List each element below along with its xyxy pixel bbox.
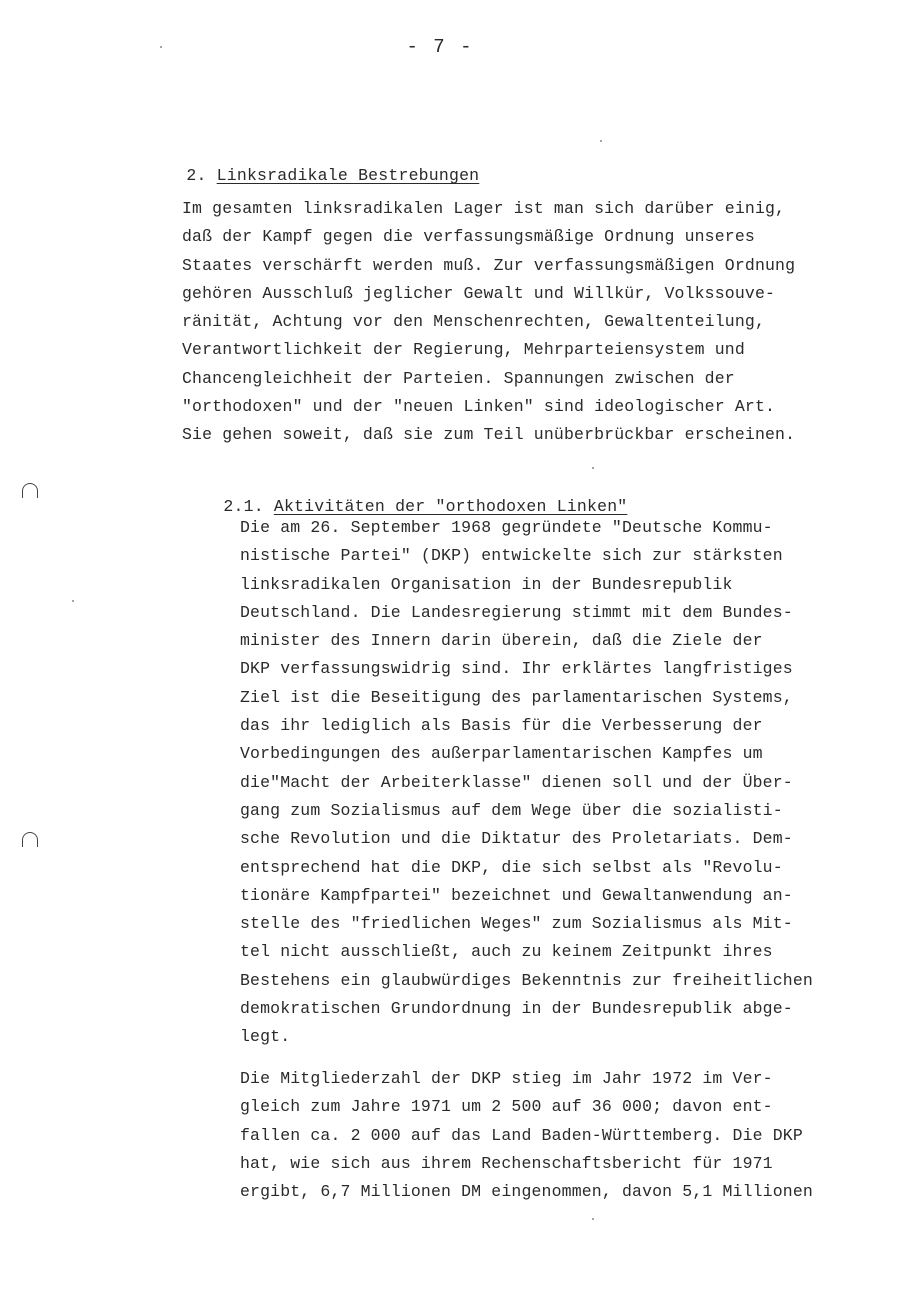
text-line: stelle des "friedlichen Weges" zum Sozia…	[240, 910, 813, 938]
section-number: 2.	[186, 166, 206, 185]
section-2-paragraph: Im gesamten linksradikalen Lager ist man…	[182, 195, 795, 450]
section-title: Linksradikale Bestrebungen	[217, 166, 480, 185]
text-line: nistische Partei" (DKP) entwickelte sich…	[240, 542, 813, 570]
text-line: Ziel ist die Beseitigung des parlamentar…	[240, 684, 813, 712]
text-line: sche Revolution und die Diktatur des Pro…	[240, 825, 813, 853]
text-line: Vorbedingungen des außerparlamentarische…	[240, 740, 813, 768]
scan-speck	[592, 467, 594, 469]
scan-speck	[592, 1218, 594, 1220]
text-line: DKP verfassungswidrig sind. Ihr erklärte…	[240, 655, 813, 683]
punch-hole-mark	[22, 832, 38, 847]
text-line: die"Macht der Arbeiterklasse" dienen sol…	[240, 769, 813, 797]
text-line: "orthodoxen" und der "neuen Linken" sind…	[182, 393, 795, 421]
text-line: Sie gehen soweit, daß sie zum Teil unübe…	[182, 421, 795, 449]
text-line: ränität, Achtung vor den Menschenrechten…	[182, 308, 795, 336]
text-line: Im gesamten linksradikalen Lager ist man…	[182, 195, 795, 223]
scan-speck	[160, 46, 162, 48]
text-line: Staates verschärft werden muß. Zur verfa…	[182, 252, 795, 280]
section-2-1-paragraph-2: Die Mitgliederzahl der DKP stieg im Jahr…	[240, 1065, 813, 1206]
text-line: gehören Ausschluß jeglicher Gewalt und W…	[182, 280, 795, 308]
text-line: tel nicht ausschließt, auch zu keinem Ze…	[240, 938, 813, 966]
text-line: gleich zum Jahre 1971 um 2 500 auf 36 00…	[240, 1093, 813, 1121]
text-line: tionäre Kampfpartei" bezeichnet und Gewa…	[240, 882, 813, 910]
scan-speck	[600, 140, 602, 142]
text-line: Verantwortlichkeit der Regierung, Mehrpa…	[182, 336, 795, 364]
scan-speck	[72, 600, 74, 602]
text-line: demokratischen Grundordnung in der Bunde…	[240, 995, 813, 1023]
text-line: legt.	[240, 1023, 813, 1051]
text-line: ergibt, 6,7 Millionen DM eingenommen, da…	[240, 1178, 813, 1206]
punch-hole-mark	[22, 483, 38, 498]
text-line: Die Mitgliederzahl der DKP stieg im Jahr…	[240, 1065, 813, 1093]
page-number: - 7 -	[0, 36, 880, 58]
text-line: Die am 26. September 1968 gegründete "De…	[240, 514, 813, 542]
text-line: linksradikalen Organisation in der Bunde…	[240, 571, 813, 599]
text-line: hat, wie sich aus ihrem Rechenschaftsber…	[240, 1150, 813, 1178]
text-line: minister des Innern darin überein, daß d…	[240, 627, 813, 655]
text-line: Deutschland. Die Landesregierung stimmt …	[240, 599, 813, 627]
text-line: Bestehens ein glaubwürdiges Bekenntnis z…	[240, 967, 813, 995]
text-line: daß der Kampf gegen die verfassungsmäßig…	[182, 223, 795, 251]
text-line: fallen ca. 2 000 auf das Land Baden-Würt…	[240, 1122, 813, 1150]
text-line: entsprechend hat die DKP, die sich selbs…	[240, 854, 813, 882]
section-2-1-paragraph-1: Die am 26. September 1968 gegründete "De…	[240, 514, 813, 1052]
text-line: Chancengleichheit der Parteien. Spannung…	[182, 365, 795, 393]
text-line: gang zum Sozialismus auf dem Wege über d…	[240, 797, 813, 825]
text-line: das ihr lediglich als Basis für die Verb…	[240, 712, 813, 740]
